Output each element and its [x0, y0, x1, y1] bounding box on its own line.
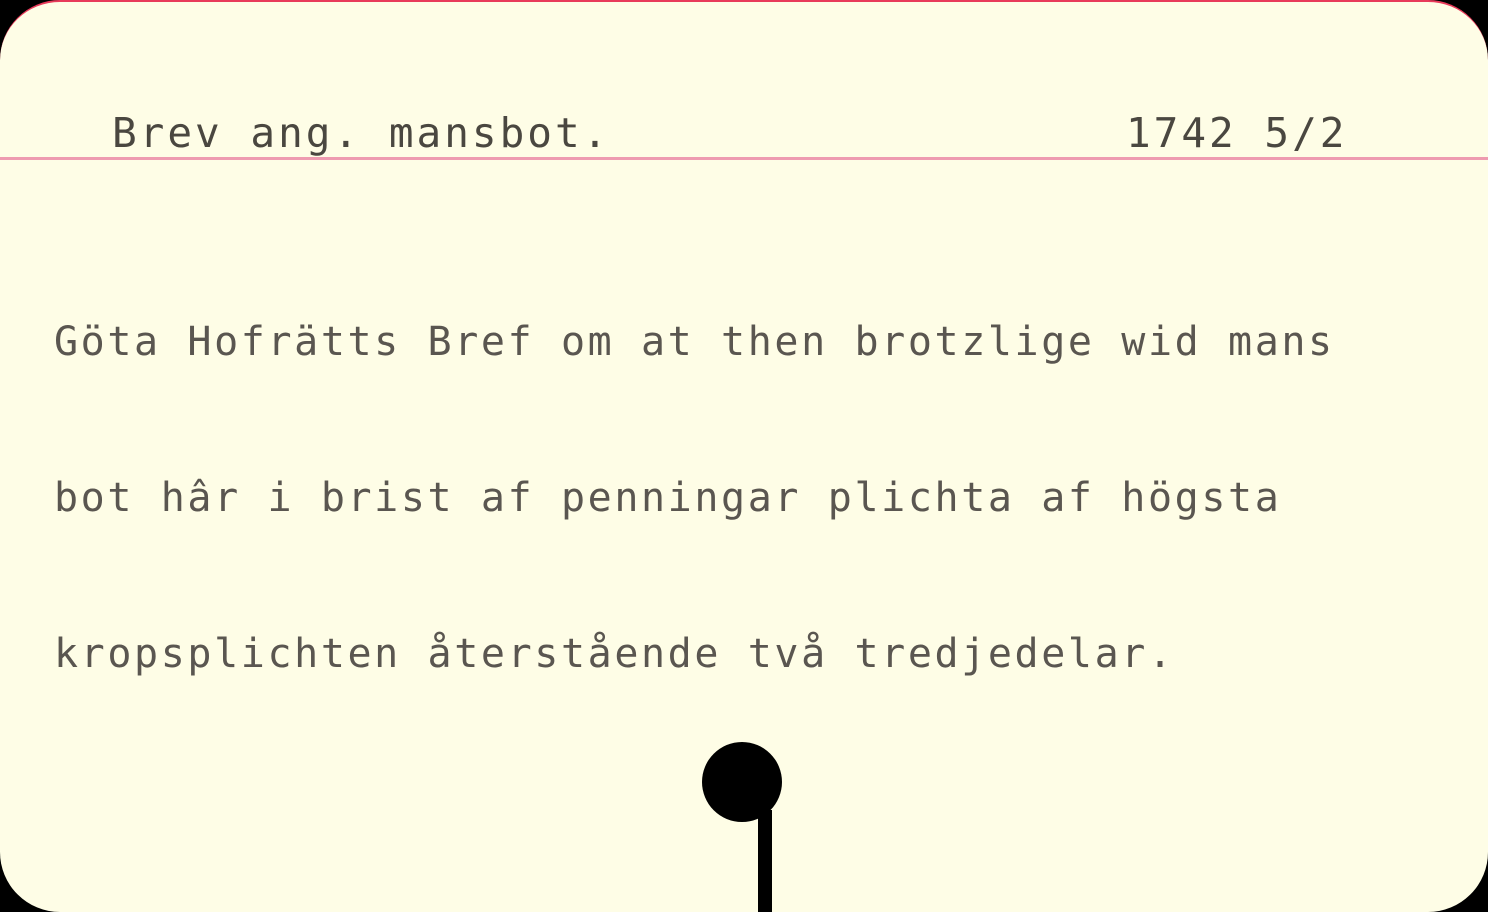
- ruled-line: [0, 157, 1488, 160]
- card-body: Göta Hofrätts Bref om at then brotzlige …: [54, 212, 1335, 784]
- archive-index-card: Brev ang. mansbot. 1742 5/2 Göta Hofrätt…: [0, 0, 1488, 912]
- body-line: bot hâr i brist af penningar plichta af …: [54, 472, 1335, 524]
- body-line: kropsplichten återstående två tredjedela…: [54, 628, 1335, 680]
- card-rod: [758, 810, 772, 912]
- body-line: Göta Hofrätts Bref om at then brotzlige …: [54, 316, 1335, 368]
- card-heading: Brev ang. mansbot.: [112, 108, 610, 158]
- card-date: 1742 5/2: [1126, 108, 1347, 158]
